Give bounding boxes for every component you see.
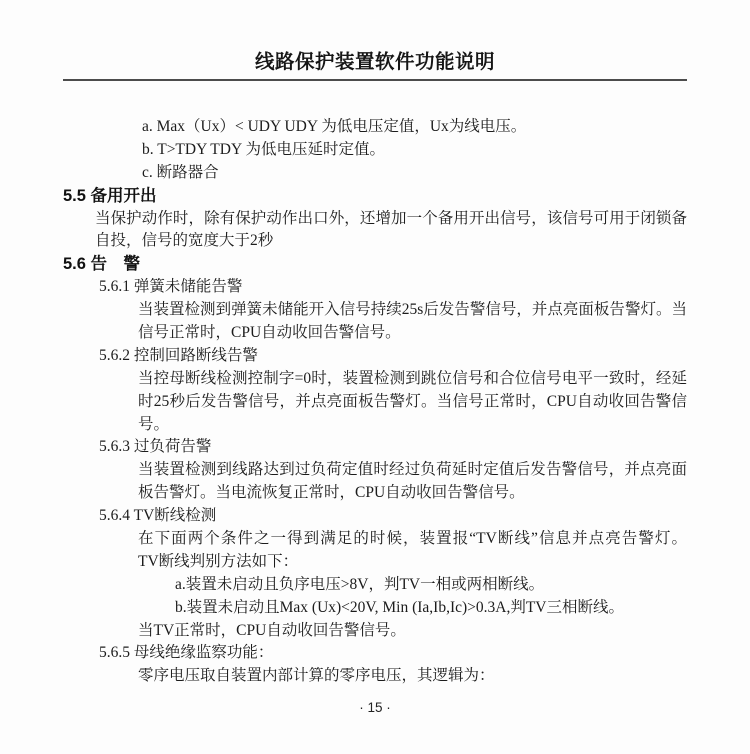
subsection-heading: 5.6.2 控制回路断线告警 [99,345,750,368]
section-heading: 5.5 备用开出 [63,185,750,208]
subsection-heading: 5.6.1 弹簧未储能告警 [99,276,750,299]
paragraph-line: 信号正常时，CPU自动收回告警信号。 [138,322,750,345]
subsection-heading: 5.6.5 母线绝缘监察功能： [99,642,750,665]
paragraph-line: 当装置检测到线路达到过负荷定值时经过负荷延时定值后发告警信号，并点亮面 [138,459,687,482]
paragraph-line: 当保护动作时，除有保护动作出口外，还增加一个备用开出信号，该信号可用于闭锁备 [95,208,687,231]
paragraph-line: 当装置检测到弹簧未储能开入信号持续25s后发告警信号，并点亮面板告警灯。当 [138,299,687,322]
document-page: 线路保护装置软件功能说明 a. Max（Ux）< UDY UDY 为低电压定值，… [0,0,750,754]
paragraph-line: TV断线判别方法如下： [138,551,750,574]
paragraph-line: 在下面两个条件之一得到满足的时候，装置报“TV断线”信息并点亮告警灯。 [138,528,687,551]
list-item: b.装置未启动且Max (Ux)<20V, Min (Ia,Ib,Ic)>0.3… [175,597,750,620]
subsection-heading: 5.6.4 TV断线检测 [99,505,750,528]
paragraph-line: 自投，信号的宽度大于2秒 [95,230,750,253]
list-item: c. 断路器合 [142,162,750,185]
paragraph-line: 时25秒后发告警信号，并点亮面板告警灯。当信号正常时，CPU自动收回告警信 [138,391,687,414]
paragraph-line: 当控母断线检测控制字=0时，装置检测到跳位信号和合位信号电平一致时，经延 [138,368,687,391]
subsection-heading: 5.6.3 过负荷告警 [99,436,750,459]
paragraph-line: 板告警灯。当电流恢复正常时，CPU自动收回告警信号。 [138,482,750,505]
list-item: b. T>TDY TDY 为低电压延时定值。 [142,139,750,162]
list-item: a. Max（Ux）< UDY UDY 为低电压定值，Ux为线电压。 [142,116,750,139]
paragraph-line: 当TV正常时，CPU自动收回告警信号。 [138,620,750,643]
title-divider [63,79,687,81]
document-lines: a. Max（Ux）< UDY UDY 为低电压定值，Ux为线电压。b. T>T… [0,116,750,688]
list-item: a.装置未启动且负序电压>8V，判TV一相或两相断线。 [175,574,750,597]
paragraph-line: 号。 [138,414,750,437]
page-number: · 15 · [0,700,750,715]
section-heading: 5.6 告 警 [63,253,750,276]
paragraph-line: 零序电压取自装置内部计算的零序电压，其逻辑为： [138,665,750,688]
page-title: 线路保护装置软件功能说明 [0,46,750,74]
